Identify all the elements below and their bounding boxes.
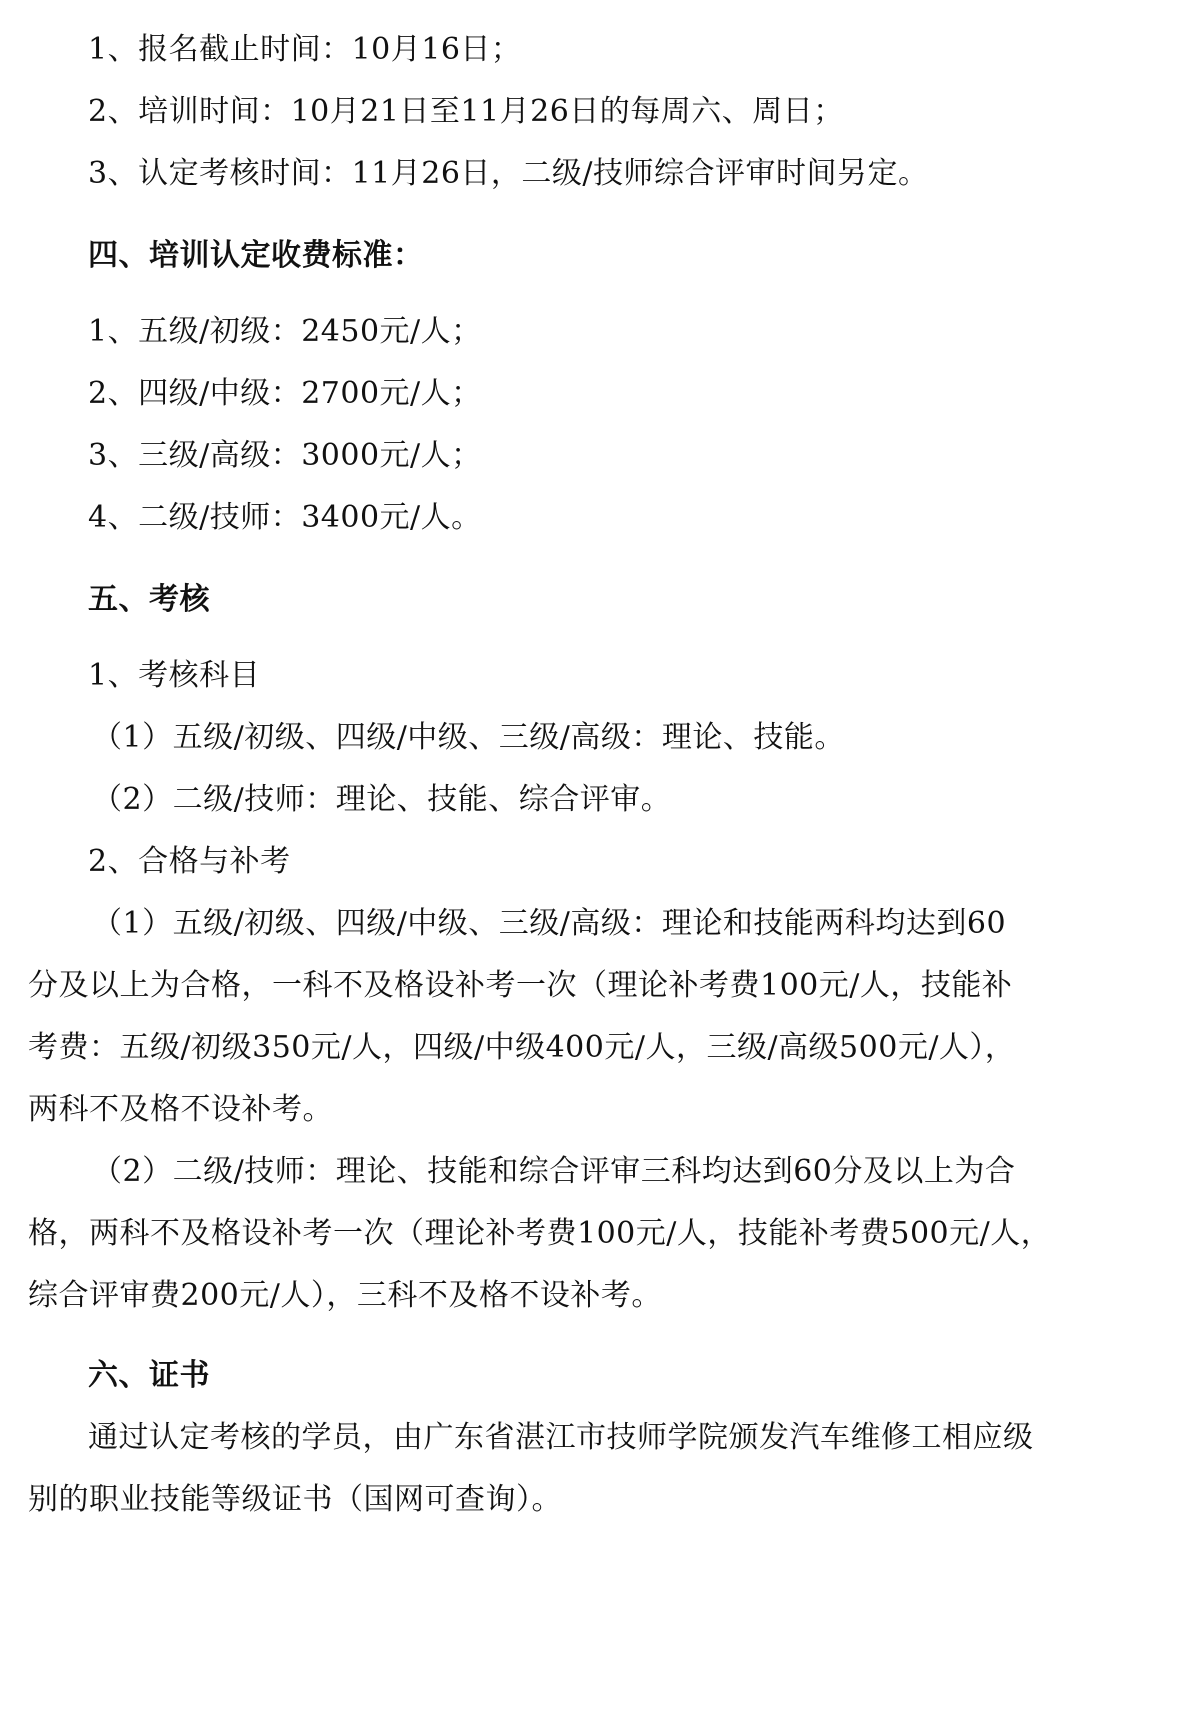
assessment-heading: 五、考核 <box>88 582 210 618</box>
fee-item-3: 3、三级/高级：3000元/人； <box>88 438 482 474</box>
pass-rule-1-line-1: （1）五级/初级、四级/中级、三级/高级：理论和技能两科均达到60 <box>92 906 1006 942</box>
fee-item-4: 4、二级/技师：3400元/人。 <box>88 500 482 536</box>
certificate-body-line-2: 别的职业技能等级证书（国网可查询）。 <box>28 1482 562 1518</box>
fees-heading: 四、培训认定收费标准： <box>88 238 424 274</box>
pass-rule-2-line-2: 格，两科不及格设补考一次（理论补考费100元/人，技能补考费500元/人， <box>28 1216 1051 1252</box>
subject-item-2: （2）二级/技师：理论、技能、综合评审。 <box>92 782 671 818</box>
pass-rule-1-line-2: 分及以上为合格，一科不及格设补考一次（理论补考费100元/人，技能补 <box>28 968 1012 1004</box>
pass-rule-1-line-4: 两科不及格不设补考。 <box>28 1092 333 1128</box>
certificate-heading: 六、证书 <box>88 1358 210 1394</box>
pass-title: 2、合格与补考 <box>88 844 291 880</box>
fee-item-2: 2、四级/中级：2700元/人； <box>88 376 482 412</box>
pass-rule-1-line-3: 考费：五级/初级350元/人，四级/中级400元/人，三级/高级500元/人）， <box>28 1030 1015 1066</box>
schedule-item-1: 1、报名截止时间：10月16日； <box>88 32 521 68</box>
schedule-item-2: 2、培训时间：10月21日至11月26日的每周六、周日； <box>88 94 844 130</box>
subjects-title: 1、考核科目 <box>88 658 260 694</box>
pass-rule-2-line-1: （2）二级/技师：理论、技能和综合评审三科均达到60分及以上为合 <box>92 1154 1015 1190</box>
certificate-body-line-1: 通过认定考核的学员，由广东省湛江市技师学院颁发汽车维修工相应级 <box>88 1420 1034 1456</box>
schedule-item-3: 3、认定考核时间：11月26日，二级/技师综合评审时间另定。 <box>88 156 929 192</box>
pass-rule-2-line-3: 综合评审费200元/人），三科不及格不设补考。 <box>28 1278 662 1314</box>
subject-item-1: （1）五级/初级、四级/中级、三级/高级：理论、技能。 <box>92 720 845 756</box>
fee-item-1: 1、五级/初级：2450元/人； <box>88 314 482 350</box>
